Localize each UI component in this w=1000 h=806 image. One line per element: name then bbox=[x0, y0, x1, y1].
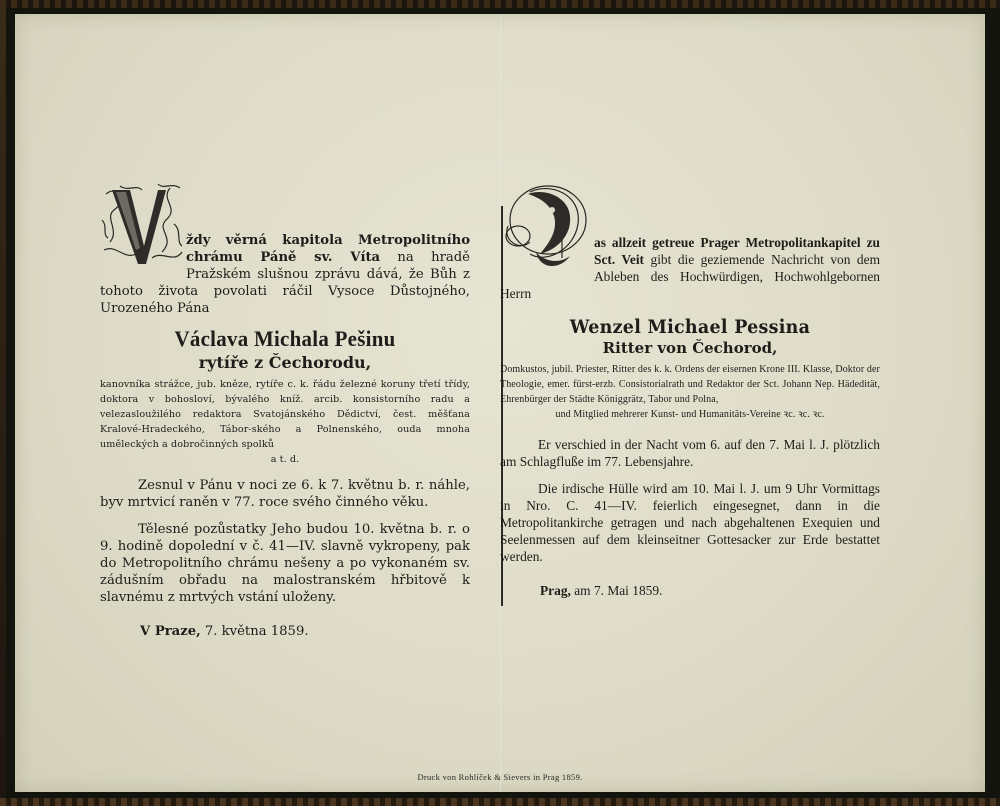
frame-top-edge bbox=[0, 0, 1000, 8]
german-deceased-title: Ritter von Čechorod, bbox=[500, 339, 880, 357]
czech-honorifics-text: kanovníka strážce, jub. kněze, rytíře c.… bbox=[100, 379, 470, 450]
czech-signoff-date: 7. května 1859. bbox=[205, 624, 309, 639]
czech-honorifics: kanovníka strážce, jub. kněze, rytíře c.… bbox=[100, 377, 470, 467]
german-paragraph-death: Er verschied in der Nacht vom 6. auf den… bbox=[500, 436, 880, 470]
czech-deceased-name: Václava Michala Pešinu bbox=[109, 326, 461, 352]
czech-deceased-title: rytíře z Čechorodu, bbox=[100, 353, 470, 372]
german-honorifics: Domkustos, jubil. Priester, Ritter des k… bbox=[500, 362, 880, 422]
czech-paragraph-funeral: Tělesné pozůstatky Jeho budou 10. května… bbox=[100, 521, 470, 606]
frame-bottom-edge bbox=[0, 798, 1000, 806]
german-signoff-date: am 7. Mai 1859. bbox=[574, 583, 662, 598]
german-honorifics-end: und Mitglied mehrerer Kunst- und Humanit… bbox=[500, 407, 880, 422]
czech-signoff: V Praze, 7. května 1859. bbox=[100, 624, 470, 639]
german-column: as allzeit getreue Prager Metropolitanka… bbox=[500, 176, 880, 599]
czech-column: ždy věrná kapitola Metropolitního chrámu… bbox=[100, 176, 470, 639]
decorative-initial-v-icon bbox=[100, 180, 184, 268]
german-honorifics-text: Domkustos, jubil. Priester, Ritter des k… bbox=[500, 364, 880, 405]
czech-honorifics-end: a t. d. bbox=[100, 452, 470, 467]
german-deceased-name: Wenzel Michael Pessina bbox=[515, 316, 865, 338]
decorative-initial-d-icon bbox=[500, 180, 592, 272]
frame-left-edge bbox=[0, 0, 6, 806]
czech-signoff-place: V Praze, bbox=[140, 624, 201, 639]
german-signoff-place: Prag, bbox=[540, 583, 571, 598]
czech-paragraph-death: Zesnul v Pánu v noci ze 6. k 7. květnu b… bbox=[100, 477, 470, 511]
german-signoff: Prag, am 7. Mai 1859. bbox=[500, 583, 880, 599]
german-paragraph-funeral: Die irdische Hülle wird am 10. Mai l. J.… bbox=[500, 480, 880, 565]
printer-imprint: Druck von Rohlíček & Sievers in Prag 185… bbox=[0, 772, 1000, 782]
